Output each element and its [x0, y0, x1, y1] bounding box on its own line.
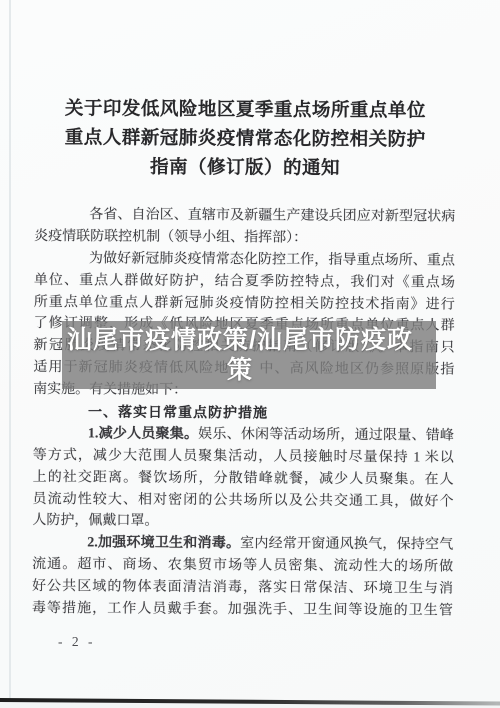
page-number: - 2 - [58, 634, 96, 650]
screenshot-root: 关于印发低风险地区夏季重点场所重点单位 重点人群新冠肺炎疫情常态化防控相关防护 … [0, 0, 500, 708]
watermark-text-line2: 策 [227, 355, 253, 385]
document-line: 人防护，佩戴口罩。 [32, 510, 453, 534]
title-line-3: 指南（修订版）的通知 [34, 153, 455, 185]
document-line: 员流动性较大、相对密闭的公共场所以及公共交通工具，做好个 [32, 489, 453, 513]
page-left-edge-line [9, 0, 11, 708]
document-line: 上的社交距离。餐饮场所，分散错峰就餐，减少人员聚集。在人 [33, 467, 454, 491]
document-line: 1.减少人员聚集。娱乐、休闲等活动场所，通过限量、错峰 [33, 423, 454, 447]
watermark-overlay: 汕尾市疫情政策/汕尾市防疫政 策 [62, 321, 436, 389]
section-heading: 一、落实日常重点防护措施 [33, 401, 454, 425]
document-line: 好公共区域的物体表面清洁消毒，落实日常保洁、环境卫生与消 [32, 576, 453, 600]
document-line: 所重点单位重点人群新冠肺炎疫情防控相关防控技术指南》进行 [34, 292, 455, 316]
document-line: 2.加强环境卫生和消毒。室内经常开窗通风换气，保持空气 [32, 532, 453, 556]
document-line: 各省、自治区、直辖市及新疆生产建设兵团应对新型冠状病毒肺 [34, 204, 455, 228]
document-line: 炎疫情联防联控机制（领导小组、指挥部）： [34, 226, 455, 250]
document-body: 各省、自治区、直辖市及新疆生产建设兵团应对新型冠状病毒肺炎疫情联防联控机制（领导… [32, 204, 456, 622]
document-line: 毒等措施，工作人员戴手套。加强洗手、卫生间等设施的卫生管 [32, 598, 453, 622]
document-line: 流通。超市、商场、农集贸市场等人员密集、流动性大的场所做 [32, 554, 453, 578]
document-line: 单位、重点人群做好防护，结合夏季防控特点，我们对《重点场 [34, 270, 455, 294]
document-title: 关于印发低风险地区夏季重点场所重点单位 重点人群新冠肺炎疫情常态化防控相关防护 … [34, 95, 456, 185]
title-line-1: 关于印发低风险地区夏季重点场所重点单位 [35, 95, 456, 127]
document-line: 为做好新冠肺炎疫情常态化防控工作，指导重点场所、重点 [34, 248, 455, 272]
document-line: 等方式，减少大范围人员聚集活动，人员接触时尽量保持 1 米以 [33, 445, 454, 469]
title-line-2: 重点人群新冠肺炎疫情常态化防控相关防护 [35, 124, 456, 156]
watermark-text-line1: 汕尾市疫情政策/汕尾市防疫政 [67, 325, 413, 355]
